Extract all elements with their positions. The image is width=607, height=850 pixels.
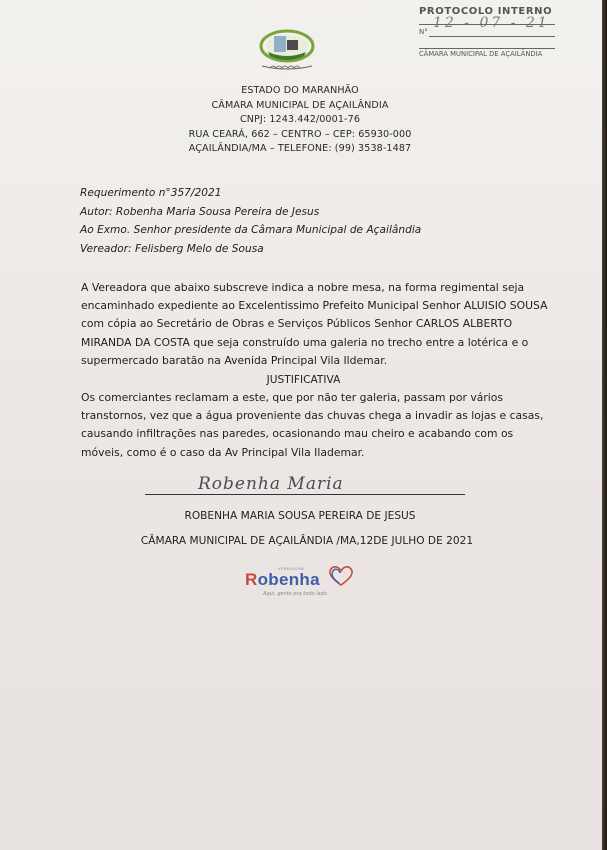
stamp-line <box>419 24 555 25</box>
justification-line: móveis, como é o caso da Av Principal Vi… <box>81 444 543 462</box>
justification-line: causando infiltrações nas paredes, ocasi… <box>81 425 543 443</box>
justification-body: Os comerciantes reclamam a este, que por… <box>81 389 543 462</box>
logo-name: Robenha <box>245 570 320 590</box>
letterhead-phone: AÇAILÂNDIA/MA – TELEFONE: (99) 3538-1487 <box>150 142 450 157</box>
protocol-stamp: PROTOCOLO INTERNO 12 - 07 - 21 N° CÂMARA… <box>417 2 557 62</box>
stamp-number-label: N° <box>419 28 428 36</box>
body-line: MIRANDA DA COSTA que seja construído uma… <box>81 334 551 352</box>
signature-line <box>145 494 465 495</box>
place-and-date: CÂMARA MUNICIPAL DE AÇAILÂNDIA /MA,12DE … <box>0 535 607 547</box>
letterhead-cnpj: CNPJ: 1243.442/0001-76 <box>150 113 450 128</box>
document-page: PROTOCOLO INTERNO 12 - 07 - 21 N° CÂMARA… <box>0 0 602 850</box>
request-body: A Vereadora que abaixo subscreve indica … <box>81 279 551 370</box>
stamp-handwritten-date: 12 - 07 - 21 <box>433 15 550 31</box>
justification-line: transtornos, vez que a água proveniente … <box>81 407 543 425</box>
request-number: Requerimento n°357/2021 <box>80 184 421 203</box>
stamp-line <box>429 36 555 37</box>
letterhead-chamber: CÂMARA MUNICIPAL DE AÇAILÂNDIA <box>150 99 450 114</box>
logo-name-rest: benha <box>268 570 320 589</box>
body-line: encaminhado expediente ao Excelentissimo… <box>81 297 551 315</box>
municipal-coat-of-arms-icon: · · <box>254 26 320 82</box>
handwritten-signature: Robenha Maria <box>198 474 344 494</box>
logo-name-o: o <box>258 570 269 589</box>
heart-icon <box>327 565 355 587</box>
request-author: Autor: Robenha Maria Sousa Pereira de Je… <box>80 203 421 222</box>
request-addressee: Ao Exmo. Senhor presidente da Câmara Mun… <box>80 221 421 240</box>
svg-text:· ·: · · <box>285 77 288 81</box>
letterhead: ESTADO DO MARANHÃO CÂMARA MUNICIPAL DE A… <box>150 84 450 157</box>
justification-line: Os comerciantes reclamam a este, que por… <box>81 389 543 407</box>
request-councilor: Vereador: Felisberg Melo de Sousa <box>80 240 421 259</box>
stamp-line <box>419 48 555 49</box>
letterhead-address: RUA CEARÁ, 662 – CENTRO – CEP: 65930-000 <box>150 128 450 143</box>
request-meta: Requerimento n°357/2021 Autor: Robenha M… <box>80 184 421 258</box>
body-line: com cópia ao Secretário de Obras e Servi… <box>81 315 551 333</box>
logo-tagline: Aqui, gente pra todo lado <box>263 591 327 597</box>
logo-name-r: R <box>245 570 258 589</box>
justification-title: JUSTIFICATIVA <box>0 374 607 386</box>
robenha-logo: VEREADORA Robenha Aqui, gente pra todo l… <box>245 565 355 605</box>
body-line: A Vereadora que abaixo subscreve indica … <box>81 279 551 297</box>
letterhead-state: ESTADO DO MARANHÃO <box>150 84 450 99</box>
background-edge <box>602 0 607 850</box>
body-line: supermercado baratão na Avenida Principa… <box>81 352 551 370</box>
stamp-footer: CÂMARA MUNICIPAL DE AÇAILÂNDIA <box>419 50 542 58</box>
signer-name: ROBENHA MARIA SOUSA PEREIRA DE JESUS <box>0 510 600 522</box>
